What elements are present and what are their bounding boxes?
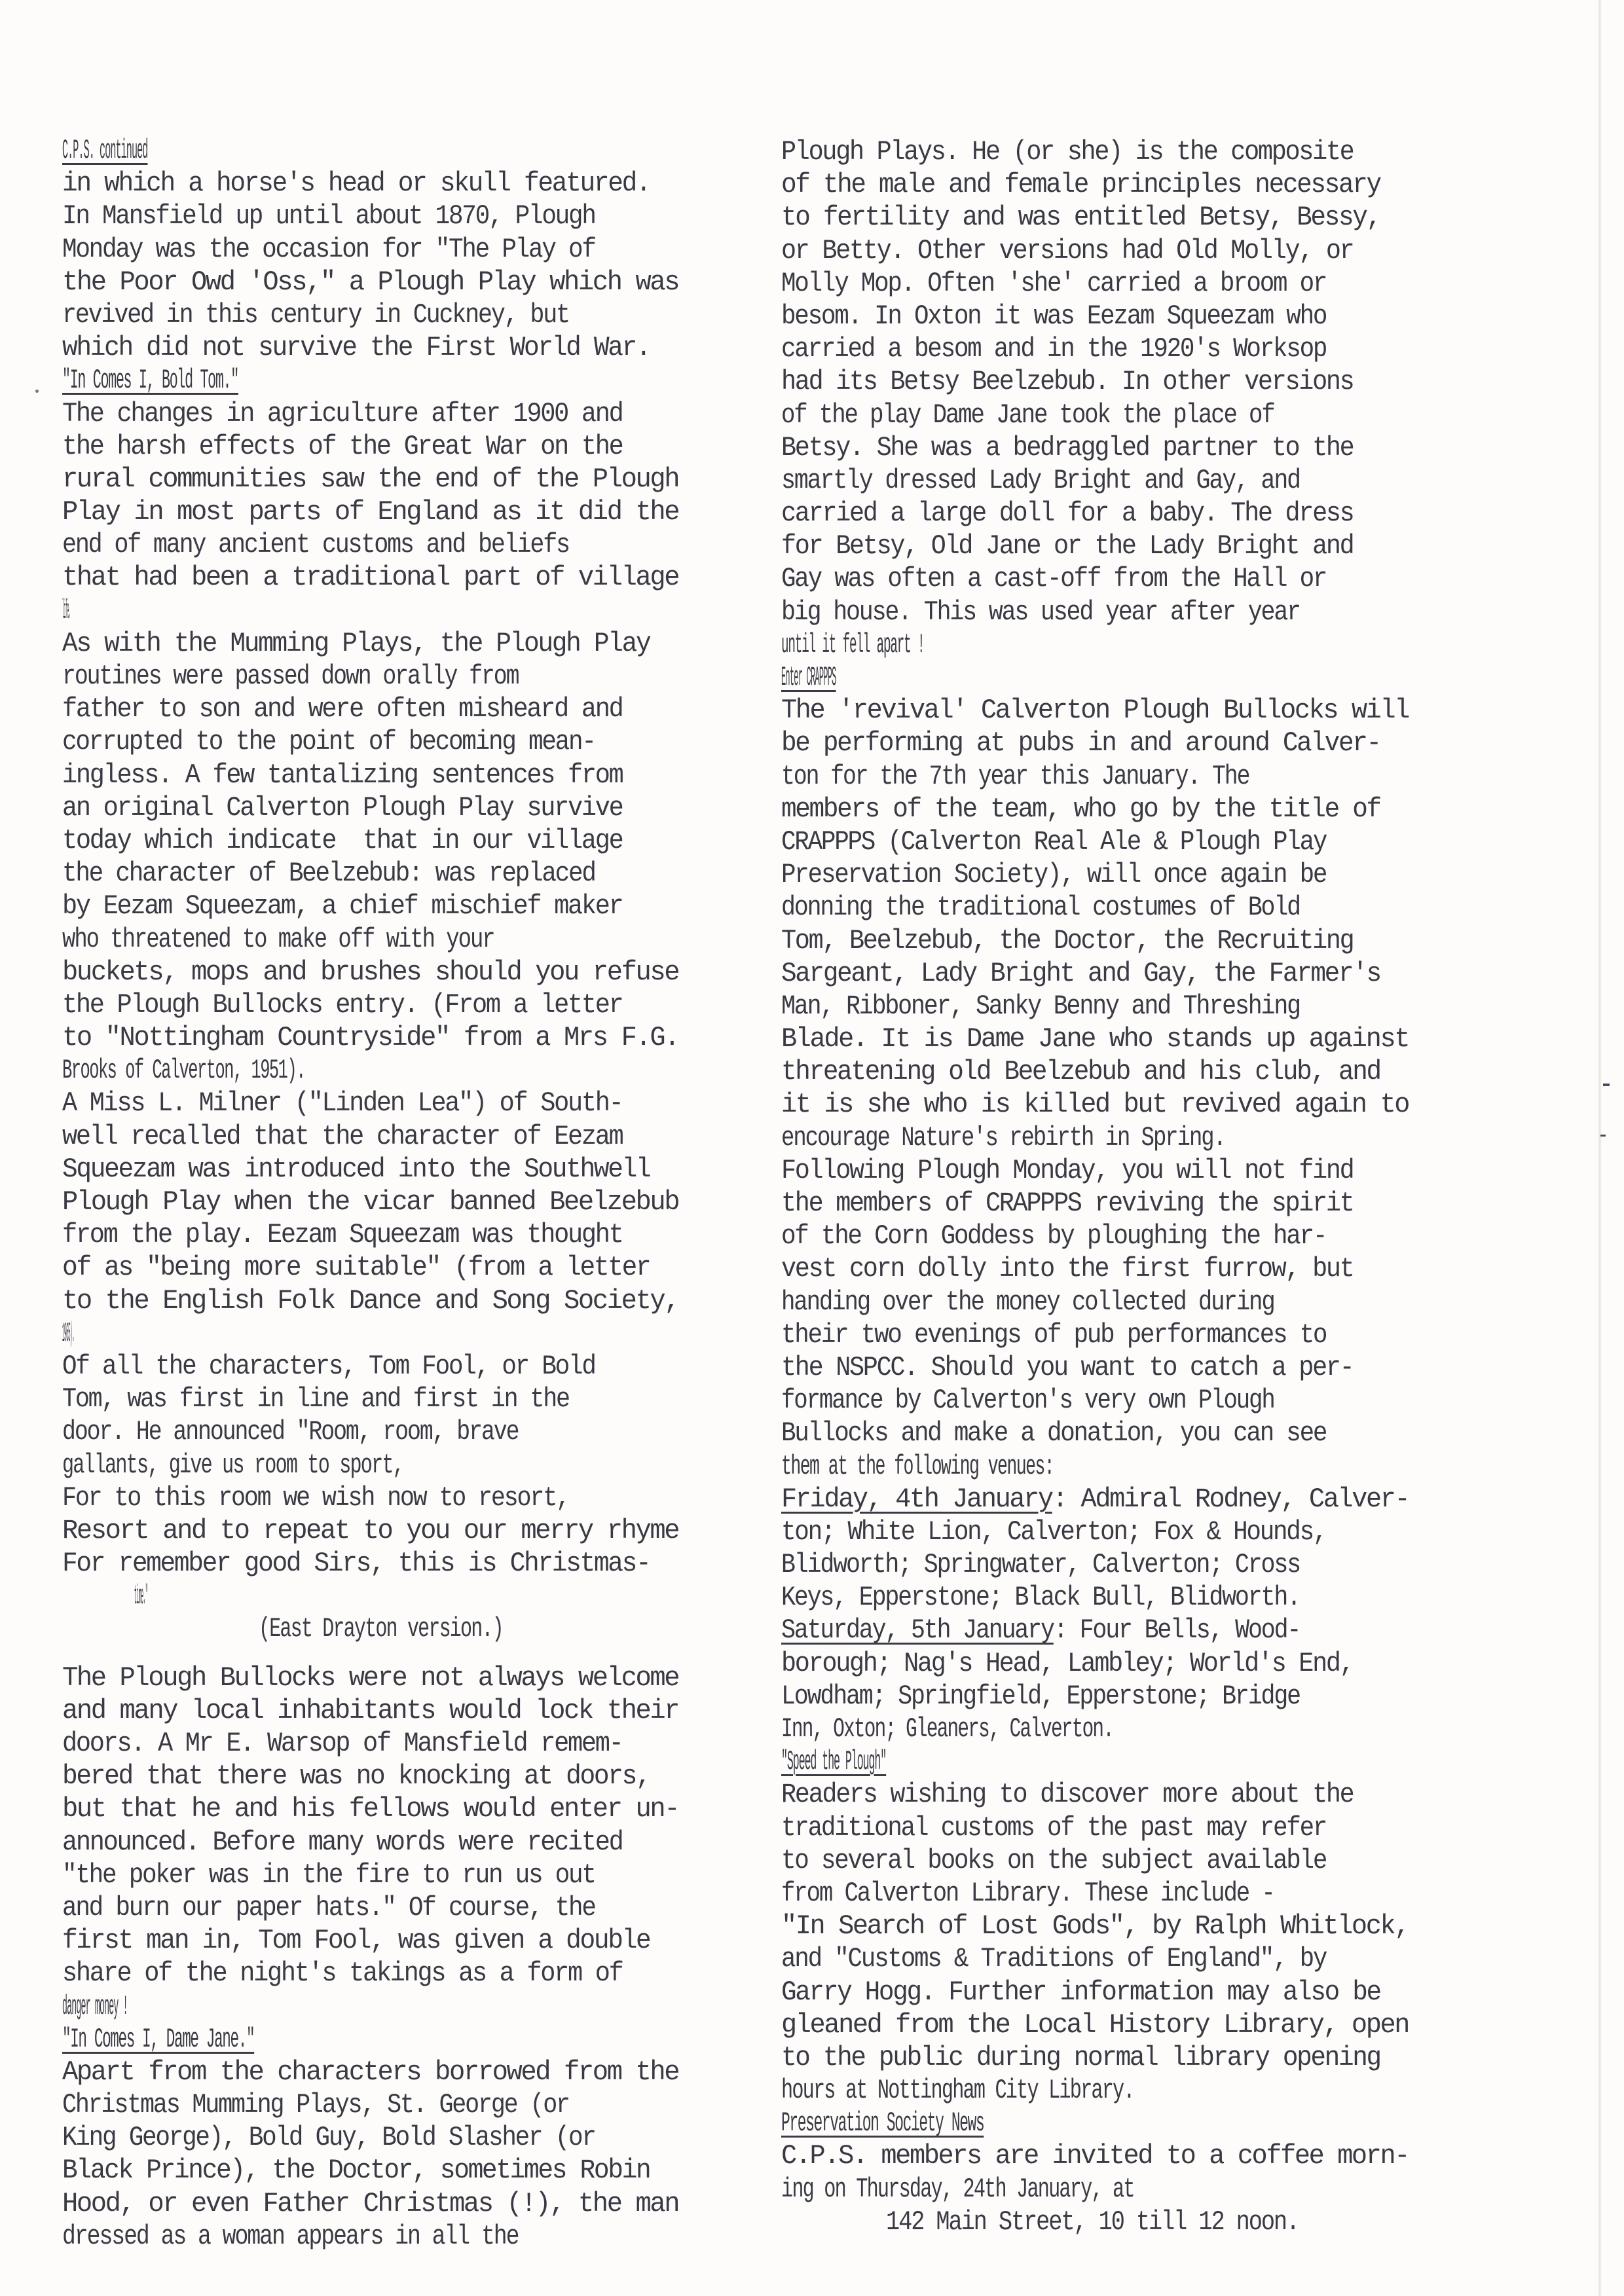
- text-line-content: but that he and his fellows would enter …: [62, 1793, 678, 1825]
- text-line: their two evenings of pub performances t…: [781, 1319, 1508, 1351]
- text-line: gleaned from the Local History Library, …: [781, 2009, 1508, 2041]
- section-heading-text: C.P.S. continued: [62, 134, 147, 167]
- text-line: carried a besom and in the 1920's Workso…: [781, 333, 1508, 365]
- text-line-content: revived in this century in Cuckney, but: [62, 299, 569, 331]
- text-line: to fertility and was entitled Betsy, Bes…: [781, 201, 1508, 234]
- text-line-content: Man, Ribboner, Sanky Benny and Threshing: [781, 990, 1300, 1023]
- text-line-content: gleaned from the Local History Library, …: [781, 2009, 1409, 2041]
- text-line-content: well recalled that the character of Eeza…: [62, 1120, 622, 1153]
- text-line: In Mansfield up until about 1870, Plough: [62, 200, 769, 232]
- text-line: an original Calverton Plough Play surviv…: [62, 792, 769, 824]
- text-line: 142 Main Street, 10 till 12 noon.: [781, 2206, 1508, 2238]
- text-line-content: Betsy. She was a bedraggled partner to t…: [781, 431, 1353, 464]
- text-line-content: Tom, was first in line and first in the: [62, 1383, 569, 1415]
- text-line-content: borough; Nag's Head, Lambley; World's En…: [781, 1647, 1353, 1680]
- text-line: ingless. A few tantalizing sentences fro…: [62, 759, 769, 792]
- text-line: rural communities saw the end of the Plo…: [62, 463, 769, 496]
- text-line: the harsh effects of the Great War on th…: [62, 430, 769, 463]
- text-line: smartly dressed Lady Bright and Gay, and: [781, 464, 1508, 497]
- text-line-content: first man in, Tom Fool, was given a doub…: [62, 1924, 650, 1957]
- text-line: the character of Beelzebub: was replaced: [62, 857, 769, 890]
- text-line: Monday was the occasion for "The Play of: [62, 233, 769, 266]
- text-line-content: Keys, Epperstone; Black Bull, Blidworth.: [781, 1581, 1300, 1614]
- left-column: C.P.S. continuedin which a horse's head …: [62, 134, 769, 2253]
- text-line-content: Gay was often a cast-off from the Hall o…: [781, 562, 1326, 595]
- text-line: 1965).: [62, 1317, 769, 1350]
- text-line-content: who threatened to make off with your: [62, 923, 494, 956]
- text-line-content: For to this room we wish now to resort,: [62, 1482, 569, 1514]
- text-line-content: an original Calverton Plough Play surviv…: [62, 792, 622, 824]
- text-line-content: hours at Nottingham City Library.: [781, 2074, 1134, 2107]
- text-line: Molly Mop. Often 'she' carried a broom o…: [781, 267, 1508, 300]
- text-line-content: 1965).: [62, 1317, 74, 1350]
- text-line: (East Drayton version.): [62, 1613, 769, 1645]
- text-line-content: donning the traditional costumes of Bold: [781, 891, 1300, 924]
- text-line: Bullocks and make a donation, you can se…: [781, 1417, 1508, 1449]
- text-line: Keys, Epperstone; Black Bull, Blidworth.: [781, 1581, 1508, 1614]
- text-line-content: that had been a traditional part of vill…: [62, 561, 678, 594]
- text-line: "the poker was in the fire to run us out: [62, 1859, 769, 1891]
- section-heading: C.P.S. continued: [62, 134, 769, 167]
- text-line: to the public during normal library open…: [781, 2041, 1508, 2074]
- text-line: C.P.S. members are invited to a coffee m…: [781, 2140, 1508, 2172]
- text-line-content: CRAPPPS (Calverton Real Ale & Plough Pla…: [781, 826, 1326, 858]
- text-line-content: the members of CRAPPPS reviving the spir…: [781, 1187, 1353, 1220]
- text-line-content: Tom, Beelzebub, the Doctor, the Recruiti…: [781, 924, 1353, 957]
- text-line: be performing at pubs in and around Calv…: [781, 727, 1508, 759]
- text-line: of the play Dame Jane took the place of: [781, 399, 1508, 431]
- text-line: the Poor Owd 'Oss," a Plough Play which …: [62, 266, 769, 299]
- text-line: Garry Hogg. Further information may also…: [781, 1976, 1508, 2009]
- text-line-content: until it fell apart !: [781, 629, 924, 661]
- text-line: borough; Nag's Head, Lambley; World's En…: [781, 1647, 1508, 1680]
- text-line: encourage Nature's rebirth in Spring.: [781, 1121, 1508, 1154]
- text-line-content: danger money !: [62, 1990, 128, 2023]
- text-line-content: Garry Hogg. Further information may also…: [781, 1976, 1380, 2009]
- text-line: and "Customs & Traditions of England", b…: [781, 1942, 1508, 1975]
- text-line-content: today which indicate that in our village: [62, 824, 622, 857]
- text-line-content: vest corn dolly into the first furrow, b…: [781, 1252, 1353, 1285]
- text-line-content: dressed as a woman appears in all the: [62, 2220, 518, 2253]
- text-line-content: Black Prince), the Doctor, sometimes Rob…: [62, 2154, 650, 2187]
- text-line-content: announced. Before many words were recite…: [62, 1826, 622, 1859]
- text-line-content: (East Drayton version.): [259, 1613, 503, 1645]
- text-line: threatening old Beelzebub and his club, …: [781, 1055, 1508, 1088]
- text-line: Betsy. She was a bedraggled partner to t…: [781, 431, 1508, 464]
- text-line: from Calverton Library. These include -: [781, 1877, 1508, 1910]
- text-line-content: the harsh effects of the Great War on th…: [62, 430, 622, 463]
- text-line-content: Preservation Society), will once again b…: [781, 858, 1326, 891]
- text-line-content: or Betty. Other versions had Old Molly, …: [781, 234, 1353, 267]
- text-line: ton; White Lion, Calverton; Fox & Hounds…: [781, 1516, 1508, 1548]
- text-line: members of the team, who go by the title…: [781, 793, 1508, 826]
- text-line: door. He announced "Room, room, brave: [62, 1415, 769, 1448]
- text-line-content: routines were passed down orally from: [62, 660, 518, 693]
- text-line-content: formance by Calverton's very own Plough: [781, 1384, 1274, 1417]
- text-line: CRAPPPS (Calverton Real Ale & Plough Pla…: [781, 826, 1508, 858]
- section-heading: "In Comes I, Bold Tom.": [62, 364, 769, 397]
- text-line-content: and "Customs & Traditions of England", b…: [781, 1942, 1326, 1975]
- text-line-content: Plough Plays. He (or she) is the composi…: [781, 136, 1353, 168]
- text-line-content: smartly dressed Lady Bright and Gay, and: [781, 464, 1300, 497]
- text-line: revived in this century in Cuckney, but: [62, 299, 769, 331]
- text-line-content: life.: [62, 594, 71, 627]
- text-line-content: Bullocks and make a donation, you can se…: [781, 1417, 1326, 1449]
- text-line: for Betsy, Old Jane or the Lady Bright a…: [781, 530, 1508, 562]
- text-line-content: 142 Main Street, 10 till 12 noon.: [886, 2206, 1299, 2238]
- text-line: Preservation Society), will once again b…: [781, 858, 1508, 891]
- text-line-content: ton; White Lion, Calverton; Fox & Hounds…: [781, 1516, 1326, 1548]
- text-line-content: traditional customs of the past may refe…: [781, 1812, 1326, 1844]
- text-line: Lowdham; Springfield, Epperstone; Bridge: [781, 1680, 1508, 1713]
- text-line-content: share of the night's takings as a form o…: [62, 1957, 622, 1990]
- text-line-content: "In Search of Lost Gods", by Ralph Whitl…: [781, 1910, 1409, 1942]
- text-line: A Miss L. Milner ("Linden Lea") of South…: [62, 1087, 769, 1120]
- section-heading-text: "Speed the Plough": [781, 1745, 886, 1778]
- text-line: Sargeant, Lady Bright and Gay, the Farme…: [781, 957, 1508, 990]
- text-line: from the play. Eezam Squeezam was though…: [62, 1218, 769, 1251]
- text-line-content: Apart from the characters borrowed from …: [62, 2056, 678, 2088]
- text-line: Black Prince), the Doctor, sometimes Rob…: [62, 2154, 769, 2187]
- text-line: or Betty. Other versions had Old Molly, …: [781, 234, 1508, 267]
- text-line-content: for Betsy, Old Jane or the Lady Bright a…: [781, 530, 1353, 562]
- text-line-content: ingless. A few tantalizing sentences fro…: [62, 759, 622, 792]
- section-heading-text: Enter CRAPPPS: [781, 661, 836, 694]
- text-line-content: Monday was the occasion for "The Play of: [62, 233, 595, 266]
- text-line: Hood, or even Father Christmas (!), the …: [62, 2187, 769, 2220]
- text-line: to "Nottingham Countryside" from a Mrs F…: [62, 1021, 769, 1054]
- text-line-content: their two evenings of pub performances t…: [781, 1319, 1326, 1351]
- text-line: by Eezam Squeezam, a chief mischief make…: [62, 890, 769, 922]
- section-heading: Enter CRAPPPS: [781, 661, 1508, 694]
- text-line-content: and many local inhabitants would lock th…: [62, 1694, 678, 1727]
- text-line-content: big house. This was used year after year: [781, 596, 1300, 629]
- text-line-content: For remember good Sirs, this is Christma…: [62, 1547, 650, 1580]
- text-line: but that he and his fellows would enter …: [62, 1793, 769, 1825]
- text-line: the NSPCC. Should you want to catch a pe…: [781, 1351, 1508, 1384]
- text-line-content: door. He announced "Room, room, brave: [62, 1415, 518, 1448]
- text-line-content: from the play. Eezam Squeezam was though…: [62, 1218, 622, 1251]
- text-line: Brooks of Calverton, 1951).: [62, 1054, 769, 1087]
- text-line: For remember good Sirs, this is Christma…: [62, 1547, 769, 1580]
- section-heading-text: "In Comes I, Dame Jane.": [62, 2023, 254, 2056]
- text-line: donning the traditional costumes of Bold: [781, 891, 1508, 924]
- text-line: the Plough Bullocks entry. (From a lette…: [62, 989, 769, 1021]
- text-line-content: buckets, mops and brushes should you ref…: [62, 956, 678, 989]
- text-line-content: "the poker was in the fire to run us out: [62, 1859, 595, 1891]
- venue-text: : Four Bells, Wood-: [1054, 1614, 1300, 1647]
- text-line: it is she who is killed but revived agai…: [781, 1088, 1508, 1121]
- text-line: carried a large doll for a baby. The dre…: [781, 497, 1508, 530]
- text-line: King George), Bold Guy, Bold Slasher (or: [62, 2121, 769, 2154]
- text-line-content: to the public during normal library open…: [781, 2041, 1380, 2074]
- right-column: Plough Plays. He (or she) is the composi…: [781, 136, 1508, 2238]
- text-line: Of all the characters, Tom Fool, or Bold: [62, 1350, 769, 1383]
- text-line: share of the night's takings as a form o…: [62, 1957, 769, 1990]
- text-line-content: the NSPCC. Should you want to catch a pe…: [781, 1351, 1353, 1384]
- text-line: traditional customs of the past may refe…: [781, 1812, 1508, 1844]
- text-line-content: Brooks of Calverton, 1951).: [62, 1054, 305, 1087]
- margin-mark: [1600, 1135, 1606, 1137]
- text-line-content: ing on Thursday, 24th January, at: [781, 2173, 1134, 2206]
- text-line: father to son and were often misheard an…: [62, 693, 769, 725]
- text-line-content: Squeezam was introduced into the Southwe…: [62, 1153, 650, 1186]
- text-line: Play in most parts of England as it did …: [62, 496, 769, 528]
- text-line: and many local inhabitants would lock th…: [62, 1694, 769, 1727]
- text-line-content: Of all the characters, Tom Fool, or Bold: [62, 1350, 595, 1383]
- text-line: For to this room we wish now to resort,: [62, 1482, 769, 1514]
- text-line-content: Molly Mop. Often 'she' carried a broom o…: [781, 267, 1326, 300]
- text-line: today which indicate that in our village: [62, 824, 769, 857]
- text-line: hours at Nottingham City Library.: [781, 2074, 1508, 2107]
- text-line-content: As with the Mumming Plays, the Plough Pl…: [62, 627, 650, 660]
- text-line: that had been a traditional part of vill…: [62, 561, 769, 594]
- text-line-content: members of the team, who go by the title…: [781, 793, 1380, 826]
- text-line-content: encourage Nature's rebirth in Spring.: [781, 1121, 1225, 1154]
- text-line: end of many ancient customs and beliefs: [62, 528, 769, 561]
- text-line-content: from Calverton Library. These include -: [781, 1877, 1274, 1910]
- text-line: Apart from the characters borrowed from …: [62, 2056, 769, 2088]
- text-line: "In Search of Lost Gods", by Ralph Whitl…: [781, 1910, 1508, 1942]
- text-line-content: them at the following venues:: [781, 1450, 1054, 1483]
- text-line-content: Christmas Mumming Plays, St. George (or: [62, 2088, 569, 2121]
- text-line: which did not survive the First World Wa…: [62, 331, 769, 364]
- page-edge-shadow: [1598, 0, 1602, 2296]
- text-line-content: Inn, Oxton; Gleaners, Calverton.: [781, 1713, 1113, 1745]
- text-line: to the English Folk Dance and Song Socie…: [62, 1285, 769, 1317]
- text-line-content: and burn our paper hats." Of course, the: [62, 1891, 595, 1924]
- text-line: bered that there was no knocking at door…: [62, 1760, 769, 1793]
- text-line-content: had its Betsy Beelzebub. In other versio…: [781, 365, 1353, 398]
- text-line-content: rural communities saw the end of the Plo…: [62, 463, 678, 496]
- date-heading: Saturday, 5th January: [781, 1614, 1054, 1647]
- text-line: The Plough Bullocks were not always welc…: [62, 1662, 769, 1694]
- text-line-content: it is she who is killed but revived agai…: [781, 1088, 1409, 1121]
- text-line: of the Corn Goddess by ploughing the har…: [781, 1220, 1508, 1252]
- stray-mark: [35, 390, 39, 393]
- text-line-content: Hood, or even Father Christmas (!), the …: [62, 2187, 678, 2220]
- text-line: who threatened to make off with your: [62, 923, 769, 956]
- text-line: and burn our paper hats." Of course, the: [62, 1891, 769, 1924]
- text-line: first man in, Tom Fool, was given a doub…: [62, 1924, 769, 1957]
- text-line: until it fell apart !: [781, 629, 1508, 661]
- text-line-content: to fertility and was entitled Betsy, Bes…: [781, 201, 1380, 234]
- text-line-content: Sargeant, Lady Bright and Gay, the Farme…: [781, 957, 1380, 990]
- section-heading: Preservation Society News: [781, 2107, 1508, 2140]
- text-line-content: In Mansfield up until about 1870, Plough: [62, 200, 595, 232]
- text-line: handing over the money collected during: [781, 1286, 1508, 1319]
- text-line: corrupted to the point of becoming mean-: [62, 725, 769, 758]
- text-line-content: be performing at pubs in and around Calv…: [781, 727, 1380, 759]
- text-line-content: bered that there was no knocking at door…: [62, 1760, 650, 1793]
- text-line-content: The Plough Bullocks were not always welc…: [62, 1662, 678, 1694]
- text-line: Squeezam was introduced into the Southwe…: [62, 1153, 769, 1186]
- text-line: of as "being more suitable" (from a lett…: [62, 1251, 769, 1284]
- text-line-content: father to son and were often misheard an…: [62, 693, 622, 725]
- text-line-content: of as "being more suitable" (from a lett…: [62, 1251, 650, 1284]
- text-line: Man, Ribboner, Sanky Benny and Threshing: [781, 990, 1508, 1023]
- text-line: dressed as a woman appears in all the: [62, 2220, 769, 2253]
- text-line: of the male and female principles necess…: [781, 168, 1508, 201]
- text-line: Resort and to repeat to you our merry rh…: [62, 1514, 769, 1547]
- text-line: Plough Plays. He (or she) is the composi…: [781, 136, 1508, 168]
- text-line: life.: [62, 594, 769, 627]
- text-line-content: time.": [134, 1580, 147, 1613]
- text-line-content: Blidworth; Springwater, Calverton; Cross: [781, 1548, 1300, 1581]
- text-line: Plough Play when the vicar banned Beelze…: [62, 1186, 769, 1218]
- text-line-content: threatening old Beelzebub and his club, …: [781, 1055, 1380, 1088]
- text-line-content: to the English Folk Dance and Song Socie…: [62, 1285, 678, 1317]
- text-line: well recalled that the character of Eeza…: [62, 1120, 769, 1153]
- text-line-content: Plough Play when the vicar banned Beelze…: [62, 1186, 678, 1218]
- text-line: big house. This was used year after year: [781, 596, 1508, 629]
- text-line: time.": [62, 1580, 769, 1613]
- date-heading: Friday, 4th January: [781, 1483, 1052, 1516]
- venue-line: Saturday, 5th January: Four Bells, Wood-: [781, 1614, 1508, 1647]
- text-line-content: of the male and female principles necess…: [781, 168, 1380, 201]
- text-line-content: carried a large doll for a baby. The dre…: [781, 497, 1353, 530]
- text-line-content: Resort and to repeat to you our merry rh…: [62, 1514, 678, 1547]
- text-line: As with the Mumming Plays, the Plough Pl…: [62, 627, 769, 660]
- text-line-content: The 'revival' Calverton Plough Bullocks …: [781, 694, 1409, 727]
- text-line-content: Following Plough Monday, you will not fi…: [781, 1154, 1353, 1187]
- text-line-content: of the Corn Goddess by ploughing the har…: [781, 1220, 1326, 1252]
- text-line-content: C.P.S. members are invited to a coffee m…: [781, 2140, 1409, 2172]
- text-line: danger money !: [62, 1990, 769, 2023]
- text-line-content: Lowdham; Springfield, Epperstone; Bridge: [781, 1680, 1300, 1713]
- text-line-content: which did not survive the First World Wa…: [62, 331, 650, 364]
- text-line: The 'revival' Calverton Plough Bullocks …: [781, 694, 1508, 727]
- text-line-content: A Miss L. Milner ("Linden Lea") of South…: [62, 1087, 622, 1120]
- text-line-content: handing over the money collected during: [781, 1286, 1274, 1319]
- text-line-content: the character of Beelzebub: was replaced: [62, 857, 595, 890]
- text-line: in which a horse's head or skull feature…: [62, 167, 769, 200]
- text-line: Gay was often a cast-off from the Hall o…: [781, 562, 1508, 595]
- text-line-content: Play in most parts of England as it did …: [62, 496, 678, 528]
- text-line: Tom, Beelzebub, the Doctor, the Recruiti…: [781, 924, 1508, 957]
- text-line: doors. A Mr E. Warsop of Mansfield remem…: [62, 1727, 769, 1760]
- text-line-content: to "Nottingham Countryside" from a Mrs F…: [62, 1021, 678, 1054]
- text-line-content: in which a horse's head or skull feature…: [62, 167, 650, 200]
- text-line-content: besom. In Oxton it was Eezam Squeezam wh…: [781, 300, 1326, 333]
- text-line: Blade. It is Dame Jane who stands up aga…: [781, 1023, 1508, 1055]
- text-line: announced. Before many words were recite…: [62, 1826, 769, 1859]
- text-line: to several books on the subject availabl…: [781, 1844, 1508, 1877]
- section-heading-text: "In Comes I, Bold Tom.": [62, 364, 238, 397]
- text-line-content: of the play Dame Jane took the place of: [781, 399, 1274, 431]
- text-line: them at the following venues:: [781, 1450, 1508, 1483]
- text-line: Inn, Oxton; Gleaners, Calverton.: [781, 1713, 1508, 1745]
- text-line: ing on Thursday, 24th January, at: [781, 2173, 1508, 2206]
- text-line-content: corrupted to the point of becoming mean-: [62, 725, 595, 758]
- text-line: the members of CRAPPPS reviving the spir…: [781, 1187, 1508, 1220]
- section-heading: "Speed the Plough": [781, 1745, 1508, 1778]
- text-line: routines were passed down orally from: [62, 660, 769, 693]
- text-line: had its Betsy Beelzebub. In other versio…: [781, 365, 1508, 398]
- text-line-content: gallants, give us room to sport,: [62, 1449, 403, 1482]
- text-line: Tom, was first in line and first in the: [62, 1383, 769, 1415]
- section-heading: "In Comes I, Dame Jane.": [62, 2023, 769, 2056]
- text-line: The changes in agriculture after 1900 an…: [62, 397, 769, 430]
- text-line-content: end of many ancient customs and beliefs: [62, 528, 569, 561]
- text-line: Readers wishing to discover more about t…: [781, 1778, 1508, 1811]
- text-line-content: the Plough Bullocks entry. (From a lette…: [62, 989, 622, 1021]
- text-line-content: to several books on the subject availabl…: [781, 1844, 1326, 1877]
- text-line-content: The changes in agriculture after 1900 an…: [62, 397, 622, 430]
- text-line: buckets, mops and brushes should you ref…: [62, 956, 769, 989]
- text-line: Christmas Mumming Plays, St. George (or: [62, 2088, 769, 2121]
- spacer: [62, 1646, 769, 1662]
- text-line-content: King George), Bold Guy, Bold Slasher (or: [62, 2121, 595, 2154]
- text-line: vest corn dolly into the first furrow, b…: [781, 1252, 1508, 1285]
- margin-mark: [1603, 1084, 1610, 1086]
- venue-line: Friday, 4th January: Admiral Rodney, Cal…: [781, 1483, 1508, 1516]
- text-line: Following Plough Monday, you will not fi…: [781, 1154, 1508, 1187]
- text-line-content: doors. A Mr E. Warsop of Mansfield remem…: [62, 1727, 622, 1760]
- text-line-content: Blade. It is Dame Jane who stands up aga…: [781, 1023, 1409, 1055]
- text-line-content: Readers wishing to discover more about t…: [781, 1778, 1353, 1811]
- text-line-content: ton for the 7th year this January. The: [781, 760, 1249, 793]
- text-line: formance by Calverton's very own Plough: [781, 1384, 1508, 1417]
- text-line: gallants, give us room to sport,: [62, 1449, 769, 1482]
- text-line-content: the Poor Owd 'Oss," a Plough Play which …: [62, 266, 678, 299]
- text-line: ton for the 7th year this January. The: [781, 760, 1508, 793]
- text-line-content: by Eezam Squeezam, a chief mischief make…: [62, 890, 622, 922]
- text-line: Blidworth; Springwater, Calverton; Cross: [781, 1548, 1508, 1581]
- venue-text: : Admiral Rodney, Calver-: [1052, 1483, 1409, 1516]
- section-heading-text: Preservation Society News: [781, 2107, 984, 2140]
- text-line: besom. In Oxton it was Eezam Squeezam wh…: [781, 300, 1508, 333]
- text-line-content: carried a besom and in the 1920's Workso…: [781, 333, 1326, 365]
